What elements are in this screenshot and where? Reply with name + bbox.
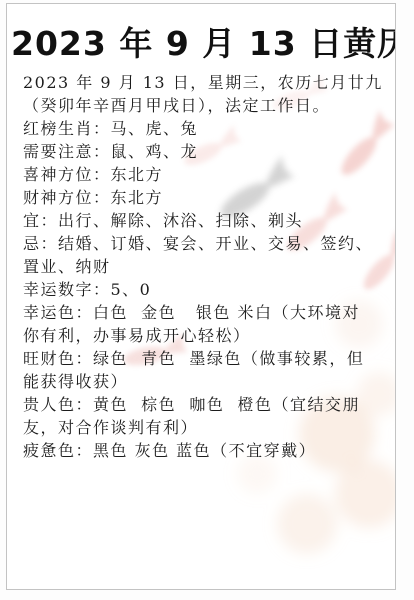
almanac-line-joy-god-direction: 喜神方位：东北方: [23, 163, 389, 186]
almanac-line-wealth-colors: 旺财色：绿色 青色 墨绿色（做事较累，但: [23, 347, 389, 370]
almanac-line-suitable: 宜：出行、解除、沐浴、扫除、剃头: [23, 209, 389, 232]
almanac-line-caution-zodiac: 需要注意：鼠、鸡、龙: [23, 140, 389, 163]
almanac-line-lucky-numbers: 幸运数字：5、0: [23, 278, 389, 301]
almanac-line-benefactor-colors: 贵人色：黄色 棕色 咖色 橙色（宜结交朋: [23, 393, 389, 416]
almanac-line-lucky-colors: 幸运色：白色 金色 银色 米白（大环境对: [23, 301, 389, 324]
almanac-line-avoid-cont: 置业、纳财: [23, 255, 389, 278]
almanac-line-benefactor-colors-cont: 友，对合作谈判有利）: [23, 416, 389, 439]
almanac-page: 2023 年 9 月 13 日黄历 2023 年 9 月 13 日，星期三，农历…: [0, 0, 414, 600]
page-border-frame: 2023 年 9 月 13 日黄历 2023 年 9 月 13 日，星期三，农历…: [6, 3, 396, 590]
almanac-line-ganzhi: （癸卯年辛酉月甲戌日），法定工作日。: [23, 94, 389, 117]
almanac-line-tired-colors: 疲惫色：黑色 灰色 蓝色（不宜穿戴）: [23, 439, 389, 462]
almanac-line-lucky-zodiac: 红榜生肖：马、虎、兔: [23, 117, 389, 140]
almanac-content: 2023 年 9 月 13 日黄历 2023 年 9 月 13 日，星期三，农历…: [7, 4, 395, 589]
page-title: 2023 年 9 月 13 日黄历: [11, 24, 391, 64]
almanac-text: 2023 年 9 月 13 日，星期三，农历七月廿九 （癸卯年辛酉月甲戌日），法…: [7, 71, 395, 462]
almanac-line-wealth-colors-cont: 能获得收获）: [23, 370, 389, 393]
almanac-line-wealth-god-direction: 财神方位：东北方: [23, 186, 389, 209]
almanac-line-lucky-colors-cont: 你有利，办事易成开心轻松）: [23, 324, 389, 347]
almanac-line-date: 2023 年 9 月 13 日，星期三，农历七月廿九: [23, 71, 389, 94]
almanac-line-avoid: 忌：结婚、订婚、宴会、开业、交易、签约、: [23, 232, 389, 255]
